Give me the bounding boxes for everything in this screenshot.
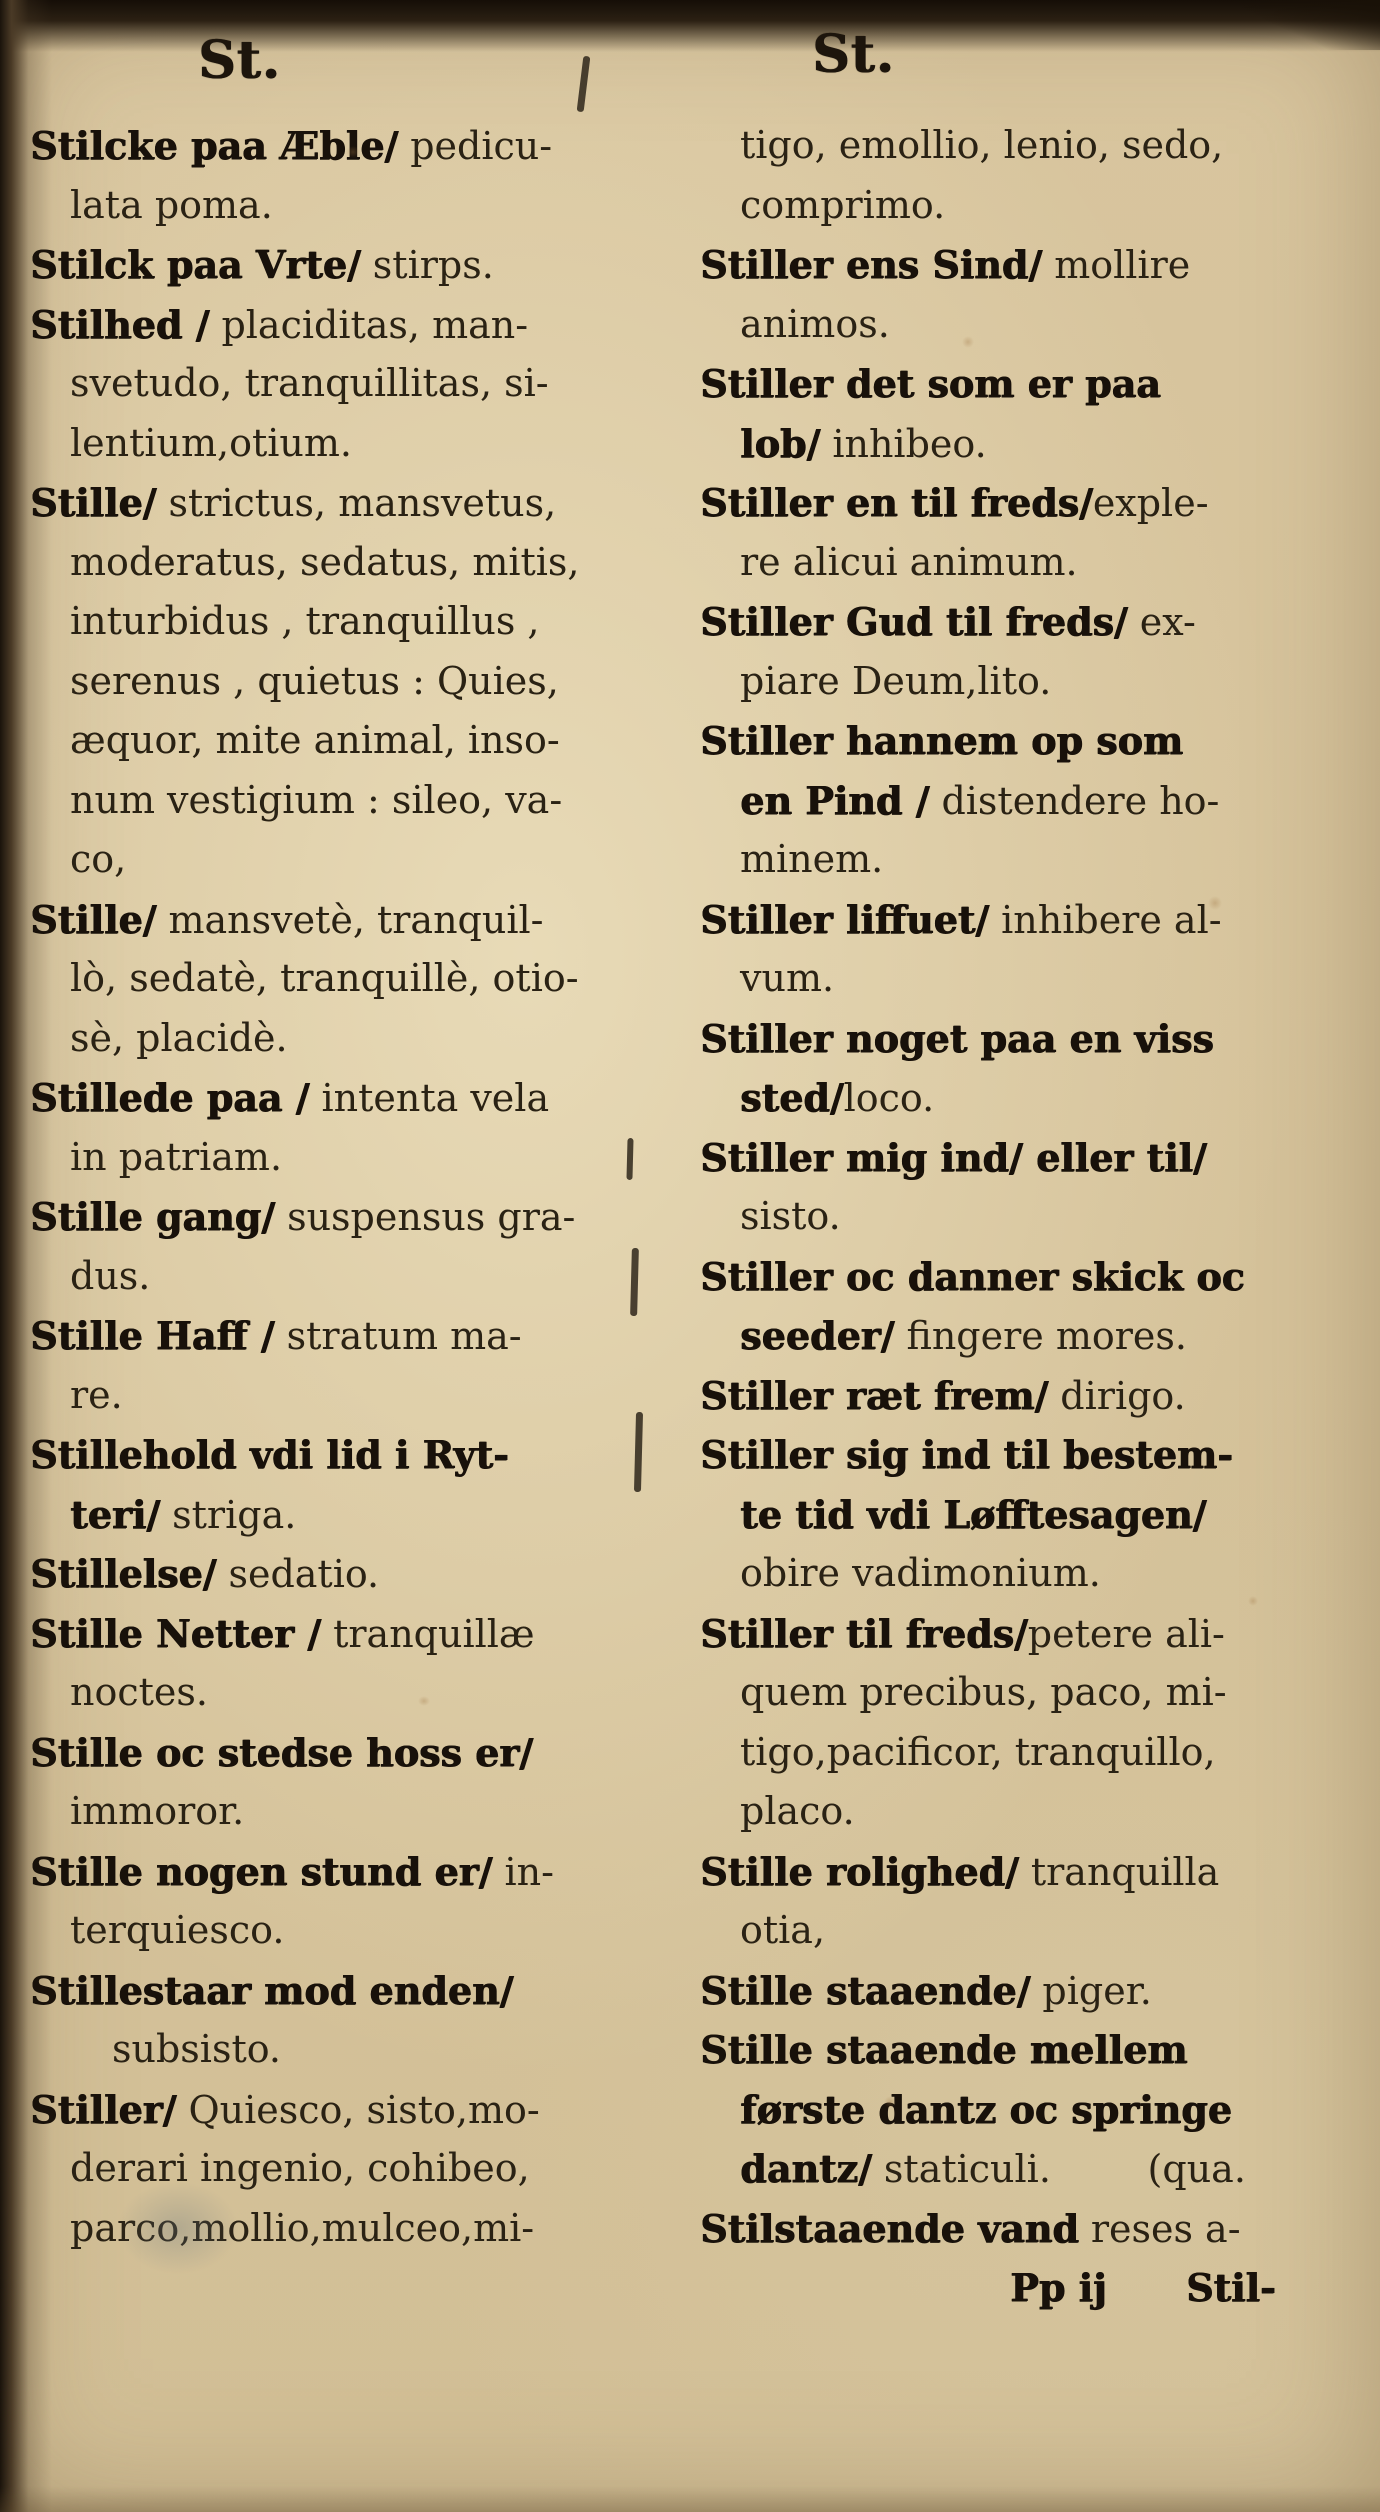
headword-text: Stiller en til freds/ (700, 480, 1093, 525)
entry-line: obire vadimonium. (700, 1544, 1360, 1604)
entry-line: derari ingenio, cohibeo, (30, 2139, 678, 2199)
headword-text: sted/ (740, 1075, 844, 1120)
entry-line: vum. (700, 949, 1360, 1009)
book-page-scan: St. St. Stilcke paa Æble/ pedicu-lata po… (0, 0, 1380, 2512)
latin-text: tigo, emollio, lenio, sedo, (740, 123, 1223, 167)
left-column: Stilcke paa Æble/ pedicu-lata poma.Stilc… (30, 116, 678, 2258)
entry-line: in patriam. (30, 1128, 678, 1188)
entry-line: Stillestaar mod enden/ (30, 1961, 678, 2021)
running-head-right: St. (812, 24, 895, 85)
latin-text: lò, sedatè, tranquillè, otio- (70, 956, 579, 1000)
entry-line: Stiller noget paa en viss (700, 1009, 1360, 1069)
latin-text: dus. (70, 1254, 150, 1298)
ink-stroke-mark (577, 56, 591, 112)
entry-line: Stille Netter / tranquillæ (30, 1604, 678, 1664)
latin-text: co, (70, 837, 126, 881)
headword-text: Stille staaende mellem (700, 2027, 1187, 2072)
latin-text: tranquilla (1019, 1850, 1220, 1894)
headword-text: Stiller ens Sind/ (700, 242, 1042, 287)
latin-text: inhibere al- (989, 898, 1222, 942)
foxing-speck (884, 2096, 896, 2108)
latin-text: exple- (1093, 481, 1209, 525)
headword-text: Stiller hannem op som (700, 718, 1183, 763)
headword-text: Stillehold vdi lid i Ryt- (30, 1432, 509, 1477)
entry-line: Stiller ræt frem/ dirigo. (700, 1366, 1360, 1426)
signature-line: Pp ij Stil- (700, 2258, 1360, 2318)
entry-line: Stilhed / placiditas, man- (30, 295, 678, 355)
entry-line: lata poma. (30, 176, 678, 236)
foxing-speck (962, 336, 974, 348)
latin-text: re. (70, 1373, 123, 1417)
entry-line: Stiller det som er paa (700, 354, 1360, 414)
latin-text: re alicui animum. (740, 540, 1078, 584)
headword-text: lob/ (740, 421, 820, 466)
right-column: tigo, emollio, lenio, sedo,comprimo.Stil… (700, 116, 1360, 2318)
entry-line: parco,mollio,mulceo,mi- (30, 2199, 678, 2259)
entry-line: Stiller mig ind/ eller til/ (700, 1128, 1360, 1188)
latin-text: reses a- (1079, 2207, 1241, 2251)
headword-text: Stiller liffuet/ (700, 897, 989, 942)
latin-text: placo. (740, 1789, 855, 1833)
latin-text: piare Deum,lito. (740, 659, 1051, 703)
entry-line: dus. (30, 1247, 678, 1307)
entry-line: Stille staaende mellem (700, 2020, 1360, 2080)
latin-text: svetudo, tranquillitas, si- (70, 361, 549, 405)
page-bottom-edge (0, 2486, 1380, 2512)
latin-text: lentium,otium. (70, 421, 352, 465)
entry-line: subsisto. (30, 2020, 678, 2080)
latin-text: pedicu- (398, 124, 552, 168)
latin-text: tigo,pacificor, tranquillo, (740, 1730, 1216, 1774)
latin-text: terquiesco. (70, 1908, 284, 1952)
headword-text: Stille/ (30, 897, 156, 942)
latin-text: placiditas, man- (209, 303, 528, 347)
headword-text: te tid vdi Løfftesagen/ (740, 1492, 1206, 1537)
headword-text: Stille gang/ (30, 1194, 275, 1239)
entry-line: re alicui animum. (700, 533, 1360, 593)
headword-text: Stille/ (30, 480, 156, 525)
latin-text: inturbidus , tranquillus , (70, 599, 540, 643)
entry-line: lentium,otium. (30, 414, 678, 474)
latin-text: num vestigium : sileo, va- (70, 778, 562, 822)
latin-text: subsisto. (112, 2027, 281, 2071)
entry-line: sted/loco. (700, 1068, 1360, 1128)
headword-text: Stiller det som er paa (700, 361, 1161, 406)
entry-line: quem precibus, paco, mi- (700, 1663, 1360, 1723)
latin-text: ex- (1128, 600, 1196, 644)
entry-line: Stiller til freds/petere ali- (700, 1604, 1360, 1664)
entry-line: Stiller en til freds/exple- (700, 473, 1360, 533)
latin-text: stirps. (361, 243, 494, 287)
headword-text: teri/ (70, 1492, 160, 1537)
entry-line: comprimo. (700, 176, 1360, 236)
entry-line: Stiller ens Sind/ mollire (700, 235, 1360, 295)
entry-line: minem. (700, 830, 1360, 890)
headword-text: Stille Haff / (30, 1313, 275, 1358)
latin-text: striga. (160, 1493, 296, 1537)
entry-line: co, (30, 830, 678, 890)
entry-line: seeder/ fingere mores. (700, 1306, 1360, 1366)
latin-text: quem precibus, paco, mi- (740, 1670, 1227, 1714)
entry-line: inturbidus , tranquillus , (30, 592, 678, 652)
headword-text: dantz/ (740, 2146, 872, 2191)
latin-text: sedatio. (216, 1552, 379, 1596)
headword-text: Stilstaaende vand (700, 2206, 1079, 2251)
latin-text: otia, (740, 1908, 825, 1952)
latin-text: distendere ho- (929, 779, 1219, 823)
latin-text: in- (492, 1850, 554, 1894)
page-top-right-corner (1230, 0, 1380, 50)
entry-line: Stille/ strictus, mansvetus, (30, 473, 678, 533)
latin-text: serenus , quietus : Quies, (70, 659, 559, 703)
entry-line: terquiesco. (30, 1901, 678, 1961)
headword-text: seeder/ (740, 1313, 894, 1358)
headword-text: Stiller mig ind/ eller til/ (700, 1135, 1207, 1180)
latin-text: æquor, mite animal, inso- (70, 718, 560, 762)
latin-text: sisto. (740, 1194, 841, 1238)
entry-line: animos. (700, 295, 1360, 355)
latin-text: animos. (740, 302, 890, 346)
entry-line: Stille gang/ suspensus gra- (30, 1187, 678, 1247)
entry-line: serenus , quietus : Quies, (30, 652, 678, 712)
entry-line: Stille oc stedse hoss er/ (30, 1723, 678, 1783)
entry-line: tigo,pacificor, tranquillo, (700, 1723, 1360, 1783)
headword-text: Stilhed / (30, 302, 209, 347)
latin-text: dirigo. (1048, 1374, 1186, 1418)
headword-text: første dantz oc springe (740, 2087, 1232, 2132)
latin-text: noctes. (70, 1670, 208, 1714)
entry-line: immoror. (30, 1782, 678, 1842)
headword-text: Stillelse/ (30, 1551, 216, 1596)
foxing-speck (346, 146, 360, 158)
latin-text: mollire (1042, 243, 1190, 287)
latin-text: intenta vela (309, 1076, 549, 1120)
headword-text: Stiller oc danner skick oc (700, 1254, 1245, 1299)
entry-line: Stiller Gud til freds/ ex- (700, 592, 1360, 652)
latin-text: piger. (1030, 1969, 1151, 2013)
latin-text: petere ali- (1028, 1612, 1225, 1656)
latin-text: loco. (844, 1076, 935, 1120)
headword-text: en Pind / (740, 778, 929, 823)
headword-text: Stilck paa Vrte/ (30, 242, 361, 287)
entry-line: otia, (700, 1901, 1360, 1961)
latin-text: moderatus, sedatus, mitis, (70, 540, 580, 584)
headword-text: Stille rolighed/ (700, 1849, 1019, 1894)
entry-line: Stillelse/ sedatio. (30, 1544, 678, 1604)
entry-line: Stiller hannem op som (700, 711, 1360, 771)
headword-text: Stille oc stedse hoss er/ (30, 1730, 533, 1775)
headword-text: Stille Netter / (30, 1611, 321, 1656)
entry-line: Stillede paa / intenta vela (30, 1068, 678, 1128)
latin-text: tranquillæ (321, 1612, 535, 1656)
entry-line: en Pind / distendere ho- (700, 771, 1360, 831)
latin-text: sè, placidè. (70, 1016, 288, 1060)
latin-text: obire vadimonium. (740, 1551, 1101, 1595)
entry-line: lò, sedatè, tranquillè, otio- (30, 949, 678, 1009)
latin-text: mansvetè, tranquil- (156, 898, 543, 942)
latin-text: strictus, mansvetus, (156, 481, 556, 525)
entry-line: Stiller liffuet/ inhibere al- (700, 890, 1360, 950)
entry-line: re. (30, 1366, 678, 1426)
headword-text: Stilcke paa Æble/ (30, 123, 398, 168)
entry-line: Stiller oc danner skick oc (700, 1247, 1360, 1307)
entry-line: Stillehold vdi lid i Ryt- (30, 1425, 678, 1485)
entry-line: Stille Haff / stratum ma- (30, 1306, 678, 1366)
entry-line: tigo, emollio, lenio, sedo, (700, 116, 1360, 176)
headword-text: Stille nogen stund er/ (30, 1849, 492, 1894)
latin-text: immoror. (70, 1789, 244, 1833)
entry-line: Stille staaende/ piger. (700, 1961, 1360, 2021)
foxing-speck (418, 1696, 430, 1706)
latin-text: inhibeo. (820, 422, 986, 466)
latin-text: staticuli. (qua. (872, 2147, 1246, 2191)
headword-text: Stil- (1107, 2265, 1276, 2310)
headword-text: Stiller noget paa en viss (700, 1016, 1214, 1061)
entry-line: Stilstaaende vand reses a- (700, 2199, 1360, 2259)
headword-text: Stiller/ (30, 2087, 176, 2132)
entry-line: piare Deum,lito. (700, 652, 1360, 712)
latin-text: parco,mollio,mulceo,mi- (70, 2206, 534, 2250)
entry-line: placo. (700, 1782, 1360, 1842)
entry-line: num vestigium : sileo, va- (30, 771, 678, 831)
entry-line: sisto. (700, 1187, 1360, 1247)
entry-line: første dantz oc springe (700, 2080, 1360, 2140)
headword-text: Stillestaar mod enden/ (30, 1968, 513, 2013)
latin-text: in patriam. (70, 1135, 282, 1179)
headword-text: Stiller sig ind til bestem- (700, 1432, 1233, 1477)
latin-text: fingere mores. (894, 1314, 1187, 1358)
entry-line: Stiller sig ind til bestem- (700, 1425, 1360, 1485)
latin-text: stratum ma- (275, 1314, 522, 1358)
entry-line: svetudo, tranquillitas, si- (30, 354, 678, 414)
latin-text: lata poma. (70, 183, 273, 227)
entry-line: sè, placidè. (30, 1009, 678, 1069)
entry-line: æquor, mite animal, inso- (30, 711, 678, 771)
entry-line: Stille nogen stund er/ in- (30, 1842, 678, 1902)
entry-line: te tid vdi Løfftesagen/ (700, 1485, 1360, 1545)
entry-line: Stille rolighed/ tranquilla (700, 1842, 1360, 1902)
foxing-speck (1208, 896, 1222, 910)
entry-line: dantz/ staticuli. (qua. (700, 2139, 1360, 2199)
entry-line: moderatus, sedatus, mitis, (30, 533, 678, 593)
headword-text: Stiller ræt frem/ (700, 1373, 1048, 1418)
entry-line: lob/ inhibeo. (700, 414, 1360, 474)
headword-text: Stiller til freds/ (700, 1611, 1028, 1656)
headword-text: Stiller Gud til freds/ (700, 599, 1128, 644)
latin-text: vum. (740, 956, 834, 1000)
latin-text: derari ingenio, cohibeo, (70, 2146, 530, 2190)
headword-text: Stillede paa / (30, 1075, 309, 1120)
headword-text: Pp ij (1010, 2265, 1107, 2310)
entry-line: teri/ striga. (30, 1485, 678, 1545)
entry-line: noctes. (30, 1663, 678, 1723)
headword-text: Stille staaende/ (700, 1968, 1030, 2013)
running-head-left: St. (198, 30, 281, 91)
foxing-speck (1248, 1596, 1258, 1606)
latin-text: comprimo. (740, 183, 945, 227)
entry-line: Stille/ mansvetè, tranquil- (30, 890, 678, 950)
latin-text: minem. (740, 837, 883, 881)
entry-line: Stilck paa Vrte/ stirps. (30, 235, 678, 295)
entry-line: Stiller/ Quiesco, sisto,mo- (30, 2080, 678, 2140)
latin-text: suspensus gra- (275, 1195, 575, 1239)
latin-text: Quiesco, sisto,mo- (176, 2088, 539, 2132)
